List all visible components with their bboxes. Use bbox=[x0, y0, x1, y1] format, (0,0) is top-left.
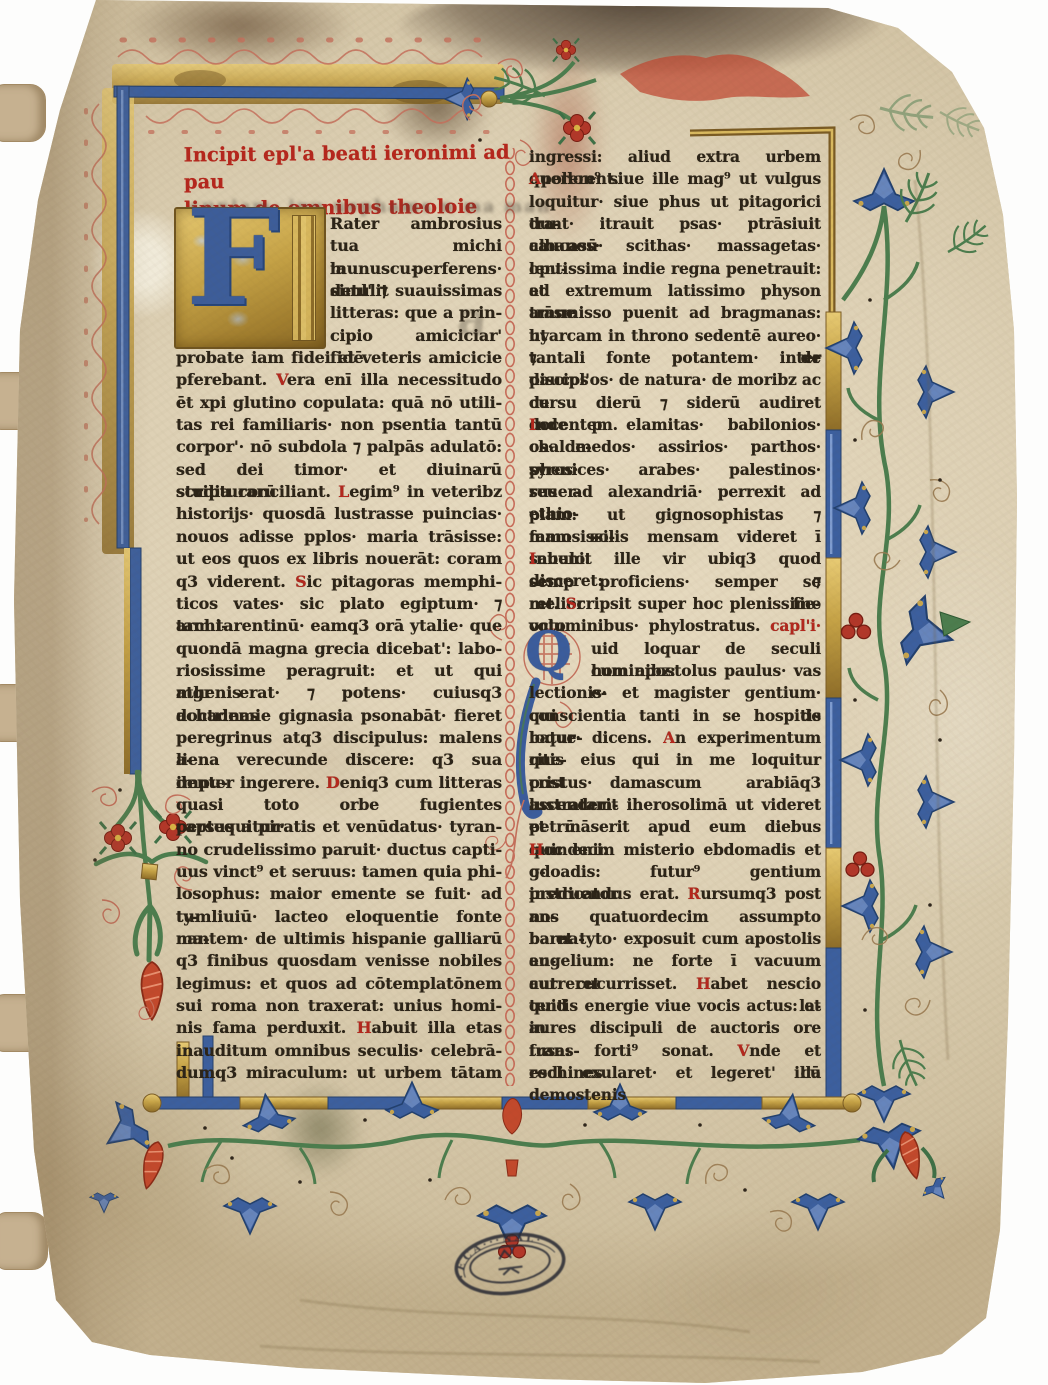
text-line: legimus: et quos ad cōtemplatōnem bbox=[176, 973, 502, 995]
text-line: ut eos quos ex libris nouerāt: coram bbox=[176, 548, 502, 570]
stain-top-band bbox=[400, 0, 880, 74]
column-lines-beside-initial: Q uid loquar de seculi hominibz:cum apos… bbox=[529, 638, 821, 683]
text-line: sui roma non traxerat: unius homi- bbox=[176, 995, 502, 1017]
text-line: pferebant. Vera enī illa necessitudo ē· bbox=[176, 369, 502, 391]
text-line: sus ad alexandriā· perrexit ad ethio- bbox=[529, 481, 821, 503]
text-line: peregrinus atq3 discipulus: malens a- bbox=[176, 727, 502, 749]
text-line: nouos adisse pplos· maria trāsisse: bbox=[176, 526, 502, 548]
text-line: Rater ambrosius bbox=[330, 213, 502, 235]
text-line: riosissime peragruit: et ut qui athenis bbox=[176, 660, 502, 682]
text-line: ad extremum latissimo physon amne bbox=[529, 280, 821, 302]
text-line: Inuenit ille vir ubiq3 quod disceret: ⁊ bbox=[529, 548, 821, 570]
column-lines: lectionis· et magister gentium· qui deco… bbox=[529, 682, 821, 1084]
library-ink-stamp: ·ECA···NAL· bbox=[448, 1228, 572, 1300]
text-line: fusa: forti⁹ sonat. Vnde et eschines cū bbox=[529, 1040, 821, 1062]
text-line: et māserit apud eum diebus quindeci: bbox=[529, 816, 821, 838]
text-line: probate iam fidei et veteris amicicie bbox=[176, 347, 502, 369]
text-line: os· medos· assirios· parthos· syros· bbox=[529, 436, 821, 458]
text-line: losophus: maior emente se fuit· ad ty- bbox=[176, 883, 502, 905]
text-line: inauditum omnibus seculis· celebrā- bbox=[176, 1040, 502, 1062]
text-line: sed dei timor· et diuinarū scripturarū bbox=[176, 459, 502, 481]
stain-top-left bbox=[130, 0, 350, 66]
column-lines: ingressi: aliud extra urbem quererent.Ap… bbox=[529, 146, 821, 638]
text-line: nantem· de ultimis hispanie galliarū bbox=[176, 928, 502, 950]
text-line: ticos vates· sic plato egiptum· ⁊ archi- bbox=[176, 593, 502, 615]
text-line: liena verecunde discere: q3 sua impu- bbox=[176, 749, 502, 771]
text-line: quondā magna grecia dicebat': labo- bbox=[176, 638, 502, 660]
spine-sewing-support bbox=[0, 84, 46, 142]
stain-olive-smudge bbox=[278, 1082, 362, 1176]
text-line: instruendus erat. Rursumq3 post an- bbox=[529, 883, 821, 905]
text-line: cum apostolus paulus· vas e- bbox=[591, 660, 821, 682]
text-line: la perferens· detulit bbox=[330, 258, 502, 280]
text-line: batur· dicens. An experimentum que- bbox=[529, 727, 821, 749]
text-line: mgr erat· ⁊ potens· cuiusq3 doctrinas bbox=[176, 682, 502, 704]
text-line: q3 viderent. Sic pitagoras memphi- bbox=[176, 571, 502, 593]
text-line: siml' ⁊ suauissimas bbox=[330, 280, 502, 302]
text-line: litteras: que a prin- bbox=[330, 302, 502, 324]
spine-sewing-support bbox=[0, 1212, 48, 1270]
column-lines: probate iam fidei et veteris amiciciepfe… bbox=[176, 347, 502, 1084]
column-lines: uid loquar de seculi hominibz:cum aposto… bbox=[529, 638, 821, 683]
text-line: rodi exularet· et legeret' illa demosten… bbox=[529, 1062, 821, 1084]
text-line: historijs· quosdā lustrasse puincias· bbox=[176, 503, 502, 525]
text-line: ret. Scripsit super hoc plenissime octo bbox=[529, 593, 821, 615]
text-line: Apollon⁹ siue ille mag⁹ ut vulgus bbox=[529, 168, 821, 190]
illuminated-initial-f: F bbox=[174, 207, 326, 349]
svg-text:·ECA···NAL·: ·ECA···NAL· bbox=[452, 1229, 548, 1279]
text-line: aut cucurrisset. Habet nescio quid la- bbox=[529, 973, 821, 995]
parchment-tear bbox=[996, 45, 1025, 123]
text-line: Inde p elamitas· babilonios· chalde- bbox=[529, 414, 821, 436]
column-lines-beside-initial: Rater ambrosiustua michi munuscu-la perf… bbox=[330, 213, 502, 347]
text-line: studia conciliant. Legim⁹ in veteribz bbox=[176, 481, 502, 503]
text-column-left: F Rater ambrosiustua michi munuscu-la pe… bbox=[176, 213, 502, 1084]
text-line: mam solis mensam videret ī sabulo. bbox=[529, 526, 821, 548]
text-line: aures discipuli de auctoris ore trans- bbox=[529, 1017, 821, 1039]
text-line: hyarcam in throno sedentē aureo· ⁊ de bbox=[529, 325, 821, 347]
text-line: corpor'· nō subdola ⁊ palpās adulatō: bbox=[176, 436, 502, 458]
manuscript-scan: Incipit epl'a beati ieronimi ad pau linu… bbox=[0, 0, 1048, 1385]
text-line: ascenderit iherosolimā ut videret petrū bbox=[529, 794, 821, 816]
text-line: tumliuiū· lacteo eloquentie fonte ma- bbox=[176, 906, 502, 928]
text-line: ingressi: aliud extra urbem quererent. bbox=[529, 146, 821, 168]
text-line: nos quatuordecim assumpto barna- bbox=[529, 906, 821, 928]
illuminated-initial-q: Q bbox=[525, 624, 572, 678]
text-line: dunt· itrauit psas· ptrāsiuit caucasū· bbox=[529, 213, 821, 235]
parchment-leaf: Incipit epl'a beati ieronimi ad pau linu… bbox=[0, 0, 1048, 1385]
text-line: voluminibus· phylostratus. capl'i· bbox=[529, 615, 821, 637]
text-line: loquitur· siue phus ut pitagorici tra- bbox=[529, 191, 821, 213]
text-line: ba et tyto· exposuit cum apostolis eu- bbox=[529, 928, 821, 950]
text-line: denter ingerere. Deniq3 cum litteras bbox=[176, 772, 502, 794]
text-line: ritis eius qui in me loquitur cristus· bbox=[529, 749, 821, 771]
text-line: cursu dierū ⁊ siderū audiret docentem. bbox=[529, 392, 821, 414]
text-line: post damascum arabiāq3 lustratam- bbox=[529, 772, 821, 794]
initial-gold-pilaster bbox=[292, 215, 316, 341]
text-line: captus a piratis et venūdatus· tyran- bbox=[176, 816, 502, 838]
text-line: cipio amiciciar' fidē bbox=[330, 325, 502, 347]
stamp-arc-text: ·ECA···NAL· bbox=[452, 1229, 548, 1279]
text-line: achademie gignasia psonabāt· fieret bbox=[176, 705, 502, 727]
text-line: tas rei familiaris· non psentia tantū bbox=[176, 414, 502, 436]
text-line: lentissima indie regna penetrauit: et bbox=[529, 258, 821, 280]
initial-letter: F bbox=[186, 193, 280, 325]
border-bar-right bbox=[826, 312, 841, 1098]
text-line: trāsmisso puenit ad bragmanas: ut bbox=[529, 302, 821, 324]
text-line: quasi toto orbe fugientes persequitur· bbox=[176, 794, 502, 816]
text-line: angelium: ne forte ī vacuum curreret bbox=[529, 950, 821, 972]
text-line: discipl'os· de natura· de moribz ac de bbox=[529, 369, 821, 391]
text-line: lectionis· et magister gentium· qui de bbox=[529, 682, 821, 704]
text-line: tentis energie viue vocis actus: et in bbox=[529, 995, 821, 1017]
text-line: no crudelissimo paruit· ductus capti- bbox=[176, 839, 502, 861]
text-line: piam: ut gignosophistas ⁊ famosissi- bbox=[529, 504, 821, 526]
text-line: tantali fonte potantem· inter paucos bbox=[529, 347, 821, 369]
text-line: semp proficiens· semper se melior fie- bbox=[529, 571, 821, 593]
text-line: Hoc enim misterio ebdomadis et o- bbox=[529, 839, 821, 861]
text-line: nis fama perduxit. Habuit illa etas bbox=[176, 1017, 502, 1039]
text-line: gdoadis: futur⁹ gentium predicator bbox=[529, 861, 821, 883]
text-line: tua michi munuscu- bbox=[330, 235, 502, 257]
text-line: conscientia tanti in se hospitis loque- bbox=[529, 705, 821, 727]
right-margin-vine bbox=[826, 115, 994, 1122]
text-line: albanos· scithas· massagetas· opu- bbox=[529, 235, 821, 257]
gutter-penwork-chain bbox=[505, 148, 517, 1086]
text-line: uid loquar de seculi hominibz: bbox=[591, 638, 821, 660]
text-line: dumq3 miraculum: ut urbem tātam bbox=[176, 1062, 502, 1084]
text-line: q3 finibus quosdam venisse nobiles bbox=[176, 950, 502, 972]
text-line: phenices· arabes· palestinos· reuer- bbox=[529, 459, 821, 481]
text-column-right: ingressi: aliud extra urbem quererent.Ap… bbox=[529, 146, 821, 1084]
text-line: uus vinct⁹ et seruus: tamen quia phi- bbox=[176, 861, 502, 883]
text-line: tam tarentinū· eamq3 orā ytalie· que bbox=[176, 615, 502, 637]
text-line: et xpi glutino copulata: quā nō utili- bbox=[176, 392, 502, 414]
